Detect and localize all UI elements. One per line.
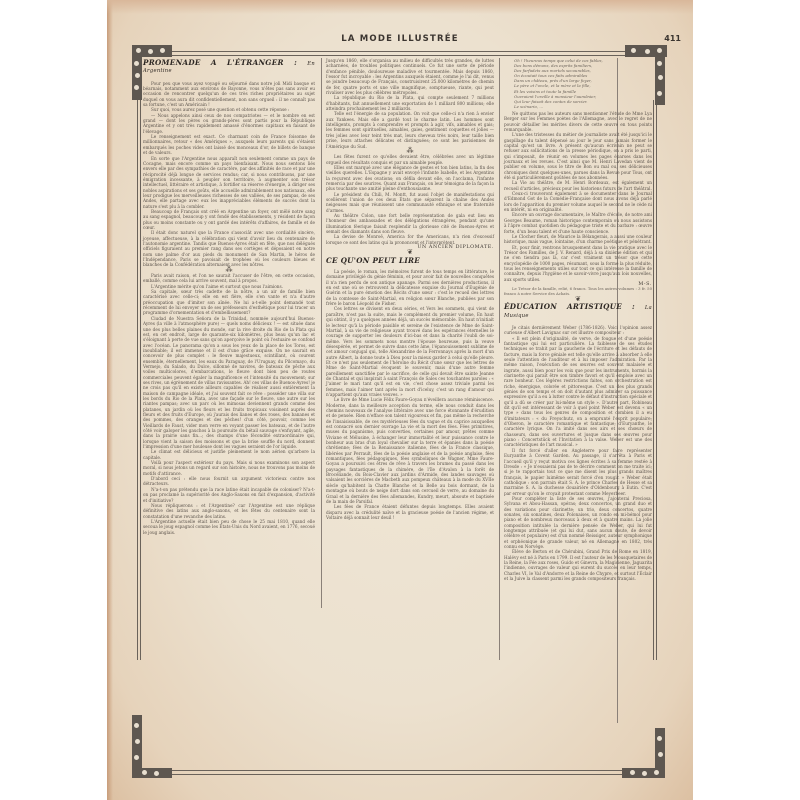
ornament-bottom-right-vertical-icon — [655, 728, 665, 773]
poem-quote: Oh ! l'heureux temps que celui de ces fa… — [514, 58, 652, 109]
ornament-bottom-left-icon — [132, 768, 172, 778]
column-divider — [321, 58, 322, 608]
top-frame-rule — [162, 51, 638, 56]
paragraph: Le renseignement est exact. Ce charmant … — [143, 134, 315, 155]
article-title-promenade: PROMENADE A L'ÉTRANGER : En Argentine — [143, 60, 315, 75]
paragraph: Le président du Chili, M. Montt, fut aus… — [326, 192, 494, 213]
poem-line: Le scénario, ... — [514, 104, 652, 109]
paragraph: Pour peu que vous ayez voyagé ou séjourn… — [143, 81, 315, 108]
ornament-bottom-left-vertical-icon — [132, 715, 142, 770]
paragraph: Il fut forcé d'aller en Angleterre pour … — [504, 448, 652, 496]
page-number: 411 — [664, 34, 681, 43]
paragraph: Ceux-ci trouveront également à se docume… — [504, 191, 652, 212]
paragraph: Les fêtes furent ce qu'elles devaient êt… — [326, 154, 494, 165]
column-2: Jusqu'en 1860, elle s'organisa au milieu… — [326, 58, 494, 520]
paragraph: La devise de Monroë, America for the Ame… — [326, 234, 494, 245]
ornament-top-left-vertical-icon — [132, 55, 142, 100]
paragraph: La Vie au théâtre, de M. Henri Bordeaux,… — [504, 180, 652, 191]
right-frame-rule — [653, 100, 657, 660]
paragraph: Je citais dernièrement Weber (1786-1826)… — [504, 325, 652, 336]
paragraph: Telle est l'énergie de sa population. On… — [326, 111, 494, 148]
paragraph: Le climat est délicieux et justifie plei… — [143, 449, 315, 460]
paragraph: N'a-t-on pas prétendu que la race latine… — [143, 487, 315, 503]
column-divider — [499, 400, 500, 660]
paragraph: En sorte que l'Argentine nous apparaît n… — [143, 156, 315, 209]
column-1: PROMENADE A L'ÉTRANGER : En Argentine Po… — [143, 58, 315, 535]
newspaper-page: LA MODE ILLUSTRÉE 411 PROMENADE A L'ÉTRA… — [107, 0, 693, 800]
paragraph: Beaucoup de Français ont créé en Argenti… — [143, 209, 315, 230]
paragraph: Élève de Berton et de Chérubini, Grand P… — [504, 549, 652, 581]
paragraph: La poésie, le roman, les mémoires furent… — [326, 269, 494, 306]
paragraph: Elles ont marqué avec une élégance de ge… — [326, 165, 494, 192]
paragraph: Et, pour finir, rentrons brusquement dan… — [504, 245, 652, 282]
paragraph: Sur quoi, vous aurez posé une question e… — [143, 107, 315, 112]
left-frame-rule — [137, 90, 141, 660]
paragraph: Le livre de Mme Lucie Félix Faure-Goyau … — [326, 397, 494, 504]
paragraph: Encore un ouvrage documentaire, le Maîtr… — [504, 212, 652, 233]
paragraph: Au théâtre Colon, une fort belle représe… — [326, 213, 494, 234]
column-3: Oh ! l'heureux temps que celui de ces fa… — [504, 58, 652, 581]
paragraph: Il était donc naturel que la France s'as… — [143, 230, 315, 267]
paragraph: Ces lettres se divisent en deux séries, … — [326, 306, 494, 397]
paragraph: D'abord ceci : elle nous fournit un argu… — [143, 476, 315, 487]
paragraph: La république du Rio de la Plata, qui co… — [326, 95, 494, 111]
article-title-education-artistique: ÉDUCATION ARTISTIQUE : La Musique — [504, 304, 652, 319]
paragraph: Le Clocher fleuri, de Maurice la Bélange… — [504, 234, 652, 245]
ornament-top-right-vertical-icon — [655, 55, 665, 105]
paragraph: Pour compléter la liste de ses œuvres, j… — [504, 496, 652, 549]
paragraph: Voilà pour l'aspect extérieur du pays. M… — [143, 460, 315, 476]
column-divider — [499, 58, 500, 343]
paragraph: Jusqu'en 1860, elle s'organisa au milieu… — [326, 58, 494, 95]
paragraph: Paris avait raison, et l'on ne saurait l… — [143, 273, 315, 284]
paragraph: Sa capitale, sœur très cadette de la nôt… — [143, 289, 315, 316]
paragraph: « Il est plein d'originalité, de verve, … — [504, 336, 652, 448]
paragraph: L'Argentine actuelle était bien peu de c… — [143, 519, 315, 535]
paragraph: — Nous appelons ainsi ceux de nos compat… — [143, 113, 315, 134]
article-title-ce-quon-peut-lire: CE QU'ON PEUT LIRE — [326, 258, 494, 263]
ornament-bottom-right-icon — [622, 768, 665, 778]
paragraph: L'une des tristesses du métier de journa… — [504, 132, 652, 180]
paragraph: Nous répliquerons : et l'Argentine? car … — [143, 503, 315, 519]
paragraph: Ne quittons pas les auteurs sans mention… — [504, 111, 652, 132]
paragraph: Ciudad de Nuestra Señora de la Trinidad,… — [143, 316, 315, 450]
masthead: LA MODE ILLUSTRÉE — [107, 34, 693, 44]
bottom-frame-rule — [162, 770, 638, 775]
paragraph: Les fées de France étaient défuntes depu… — [326, 504, 494, 520]
